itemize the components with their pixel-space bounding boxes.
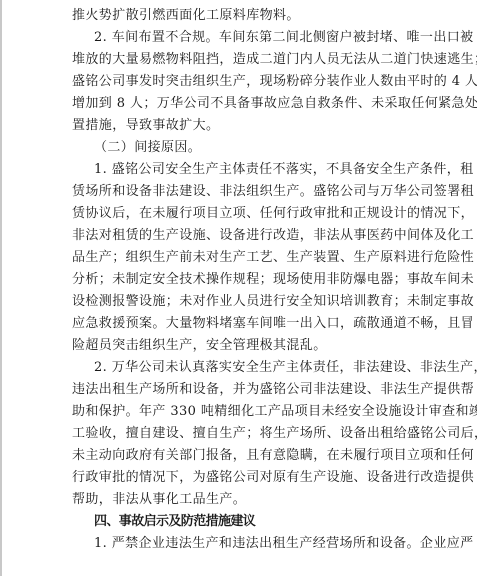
text-line: 堆放的大量易燃物料阻挡，造成二道门内人员无法从二道门快速逃生； <box>72 49 410 71</box>
text-line: 助和保护。年产 330 吨精细化工产品项目未经安全设施设计审查和竣 <box>72 401 410 423</box>
page-left-border <box>0 0 2 576</box>
text-line: 1. 盛铭公司安全生产主体责任不落实，不具备安全生产条件，租 <box>72 159 410 181</box>
text-line: 2. 车间布置不合规。车间东第二间北侧窗户被封堵、唯一出口被 <box>72 27 410 49</box>
text-line: 2. 万华公司未认真落实安全生产主体责任，非法建设、非法生产， <box>72 357 410 379</box>
text-line: 帮助，非法从事化工品生产。 <box>72 489 410 511</box>
text-line: 应急救援预案。大量物料堵塞车间唯一出入口，疏散通道不畅，且冒 <box>72 313 410 335</box>
text-line: 设检测报警设施；未对作业人员进行安全知识培训教育；未制定事故 <box>72 291 410 313</box>
document-page: 推火势扩散引燃西面化工原料库物料。 2. 车间布置不合规。车间东第二间北侧窗户被… <box>72 5 410 555</box>
text-line: 险超员突击组织生产，安全管理极其混乱。 <box>72 335 410 357</box>
text-line: 违法出租生产场所和设备，并为盛铭公司非法建设、非法生产提供帮 <box>72 379 410 401</box>
subsection-heading: （二）间接原因。 <box>72 137 410 159</box>
text-line: 盛铭公司事发时突击组织生产，现场粉碎分装作业人数由平时的 4 人 <box>72 71 410 93</box>
text-line: 置措施，导致事故扩大。 <box>72 115 410 137</box>
text-line: 品生产；组织生产前未对生产工艺、生产装置、生产原料进行危险性 <box>72 247 410 269</box>
text-line: 分析；未制定安全技术操作规程；现场使用非防爆电器；事故车间未 <box>72 269 410 291</box>
text-line: 推火势扩散引燃西面化工原料库物料。 <box>72 5 410 27</box>
text-line: 增加到 8 人；万华公司不具备事故应急自救条件、未采取任何紧急处 <box>72 93 410 115</box>
section-heading: 四、事故启示及防范措施建议 <box>72 511 410 533</box>
text-line: 赁协议后，在未履行项目立项、任何行政审批和正规设计的情况下， <box>72 203 410 225</box>
text-line: 1. 严禁企业违法生产和违法出租生产经营场所和设备。企业应严 <box>72 533 410 555</box>
text-line: 赁场所和设备非法建设、非法组织生产。盛铭公司与万华公司签署租 <box>72 181 410 203</box>
text-line: 未主动向政府有关部门报备，且有意隐瞒，在未履行项目立项和任何 <box>72 445 410 467</box>
text-line: 非法对租赁的生产设施、设备进行改造，非法从事医药中间体及化工 <box>72 225 410 247</box>
text-line: 行政审批的情况下，为盛铭公司对原有生产设施、设备进行改造提供 <box>72 467 410 489</box>
text-line: 工验收，擅自建设、擅自生产；将生产场所、设备出租给盛铭公司后， <box>72 423 410 445</box>
